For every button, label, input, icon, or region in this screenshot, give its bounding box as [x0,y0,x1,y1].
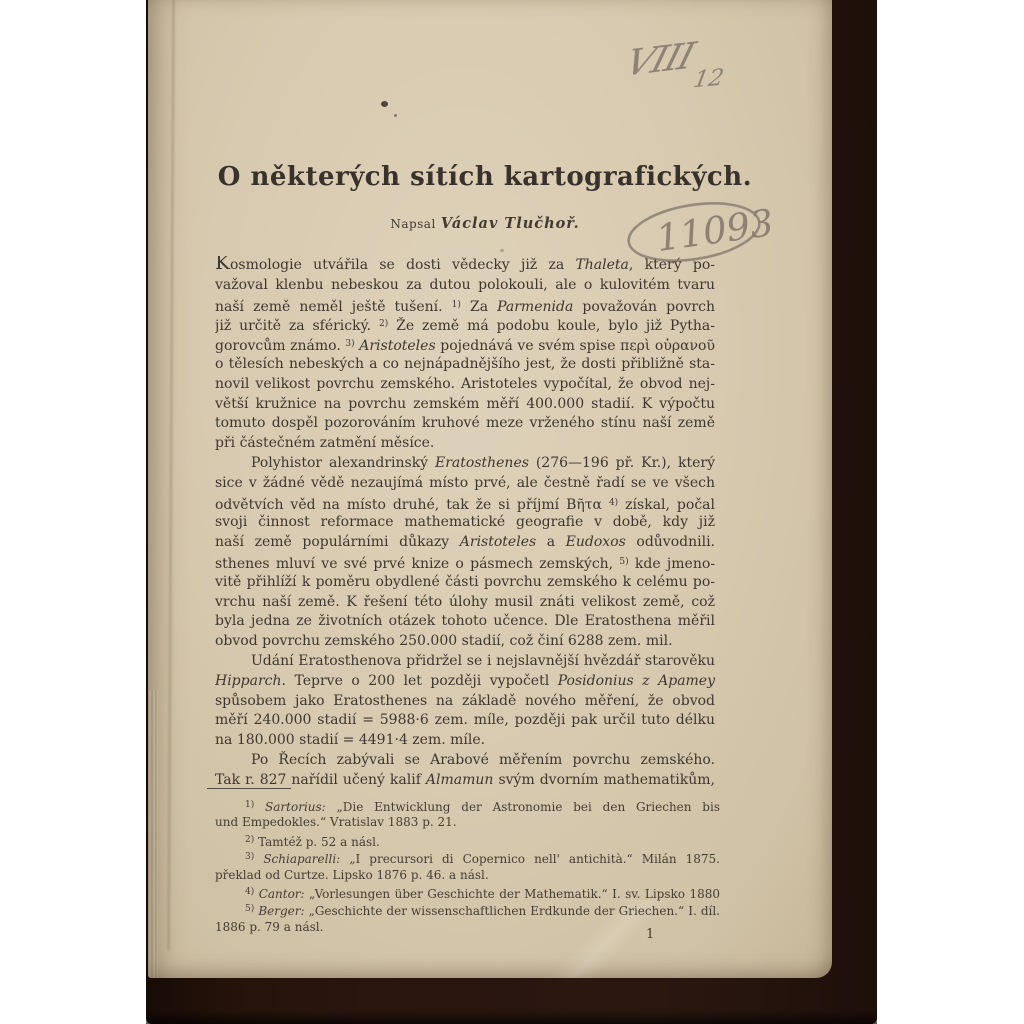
body-line: važoval klenbu nebeskou za dutou polokou… [215,276,715,296]
body-line: sice v žádné vědě nezaujímá místo prvé, … [215,474,715,494]
byline-author: Václav Tlučhoř. [441,215,580,232]
ink-speck [500,249,504,252]
handwritten-number: 12 [691,65,726,93]
body-line: sthenes mluví ve své prvé knize o pásmec… [215,553,715,573]
footnote-line: 1) Sartorius: „Die Entwicklung der Astro… [215,797,720,814]
footnote-line: 1886 p. 79 a násl. [215,919,720,936]
scanned-book-page-photo: { "colors": { "paper": "#d8cab0", "ink":… [0,0,1024,1024]
footnote-line: 5) Berger: „Geschichte der wissenschaftl… [215,901,720,918]
footnote-rule [207,788,291,789]
body-line: vitě přihlíží k poměru obydlené části po… [215,573,715,593]
footnote-line: 2) Tamtéž p. 52 a násl. [215,832,720,849]
body-line: naší země populárními důkazy Aristoteles… [215,533,715,553]
footnote-line: 3) Schiaparelli: „I precursori di Copern… [215,849,720,866]
body-line: Polyhistor alexandrinský Eratosthenes (2… [215,454,715,474]
body-line: na 180.000 stadií = 4491·4 zem. míle. [215,731,715,751]
body-line: již určitě za sférický. 2) Že země má po… [215,315,715,335]
body-line: gorovcům známo. 3) Aristoteles pojednává… [215,335,715,355]
body-line: tomuto dospěl pozorováním kruhové meze v… [215,414,715,434]
body-line: byla jedna ze životních otázek tohoto uč… [215,612,715,632]
footnote-line: 4) Cantor: „Vorlesungen über Geschichte … [215,884,720,901]
body-line: Kosmologie utvářila se dosti vědecky již… [215,256,715,276]
footnote-line: und Empedokles.“ Vratislav 1883 p. 21. [215,814,720,831]
body-line: novil velikost povrchu zemského. Aristot… [215,375,715,395]
byline-prefix: Napsal [390,217,436,231]
body-line: vrchu naší země. K řešení této úlohy mus… [215,593,715,613]
body-line: obvod povrchu zemského 250.000 stadií, c… [215,632,715,652]
body-line: měří 240.000 stadií = 5988·6 zem. míle, … [215,711,715,731]
body-line: Po Řecích zabývali se Arabové měřením po… [215,751,715,771]
body-text: Kosmologie utvářila se dosti vědecky již… [215,256,715,791]
page-stack-edge [149,690,158,978]
page-number: 1 [646,927,654,942]
body-line: naší země neměl ještě tušení. 1) Za Parm… [215,296,715,316]
footnote-line: překlad od Curtze. Lipsko 1876 p. 46. a … [215,867,720,884]
body-line: svoji činnost reformace mathematické geo… [215,513,715,533]
body-line: spůsobem jako Eratosthenes na základě no… [215,692,715,712]
footnotes: 1) Sartorius: „Die Entwicklung der Astro… [215,797,720,936]
body-line: odvětvích věd na místo druhé, tak že si … [215,494,715,514]
ink-speck [394,114,397,117]
page-title: O některých sítích kartografických. [215,162,755,192]
body-line: větší kružnice na povrchu zemském měří 4… [215,395,715,415]
body-line: při částečném zatmění měsíce. [215,434,715,454]
ink-speck [381,101,388,107]
body-line: Hipparch. Teprve o 200 let později vypoč… [215,672,715,692]
body-line: Udání Eratosthenova přidržel se i nejsla… [215,652,715,672]
body-line: o tělesích nebeských a co nejnápadnějšíh… [215,355,715,375]
